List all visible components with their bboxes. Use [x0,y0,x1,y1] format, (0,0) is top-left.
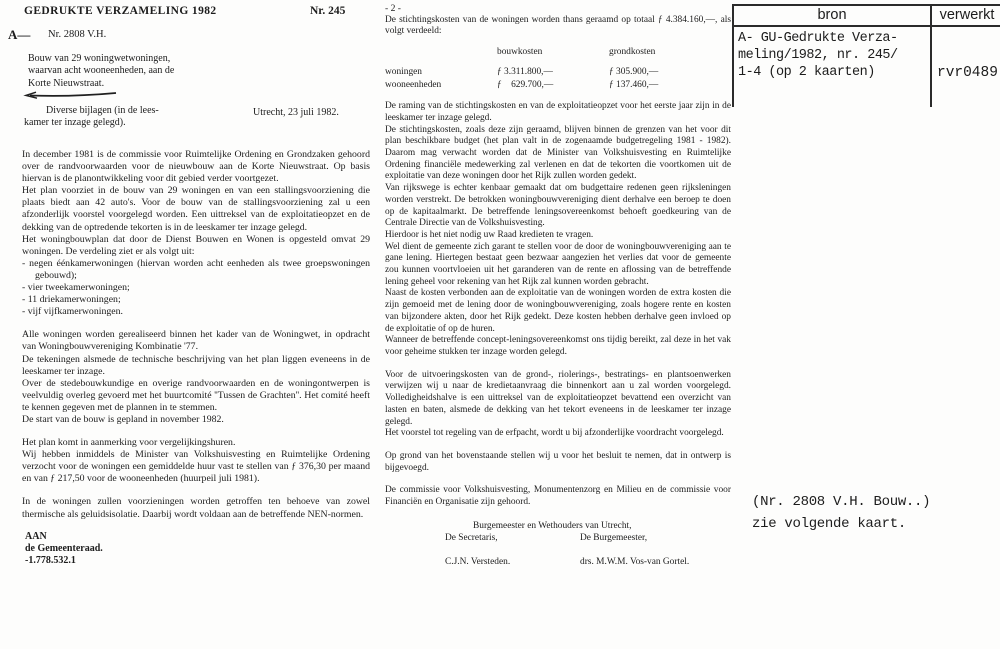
body-paragraph: Voor de uitvoeringskosten van de grond-,… [385,370,731,429]
index-card-body: A- GU-Gedrukte Verza- meling/1982, nr. 2… [734,27,1000,107]
case-number: Nr. 2808 V.H. [48,29,106,40]
body-paragraph: De raming van de stichtingskosten en van… [385,101,731,124]
list-item: - vijf vijfkamerwoningen. [22,306,370,318]
body-paragraph: De tekeningen alsmede de technische besc… [22,354,370,378]
issue-number: Nr. 245 [310,5,345,17]
body-paragraph: Hierdoor is het niet nodig uw Raad kredi… [385,230,731,242]
verwerkt-header: verwerkt [930,6,1000,25]
body-paragraph: De commissie voor Volkshuisvesting, Monu… [385,485,731,508]
card-note: (Nr. 2808 V.H. Bouw..) zie volgende kaar… [752,491,930,535]
bron-value: A- GU-Gedrukte Verza- meling/1982, nr. 2… [734,27,930,107]
signature-role-burgemeester: De Burgemeester, [580,533,647,545]
body-paragraph: Van rijkswege is echter kenbaar gemaakt … [385,183,731,230]
list-item: - negen éénkamerwoningen (hiervan worden… [22,258,370,282]
attachments-note: Diverse bijlagen (in de lees- kamer ter … [24,105,224,130]
bron-header: bron [734,6,930,25]
underline-arrow-icon [22,90,118,100]
subject-block: Bouw van 29 woningwetwoningen, waarvan a… [28,53,268,90]
addressee-block: AAN de Gemeenteraad. -1.778.532.1 [25,531,103,568]
verwerkt-value: rvr0489 [937,65,998,81]
column-header-bouwkosten: bouwkosten [497,47,609,66]
body-paragraph: Wanneer de betreffende concept-leningsov… [385,335,731,358]
page-number: - 2 - [385,3,731,15]
signature-block: Burgemeester en Wethouders van Utrecht, … [385,521,731,593]
verwerkt-cell: rvr0489 [930,27,1000,107]
body-paragraph: Over de stedebouwkundige en overige rand… [22,378,370,414]
list-item: - vier tweekamerwoningen; [22,282,370,294]
body-paragraph: Het voorstel tot regeling van de erfpach… [385,428,731,440]
index-card: bron verwerkt A- GU-Gedrukte Verza- meli… [732,4,1000,107]
woningen-bouwkosten: ƒ 3.311.800,— [497,67,609,79]
cost-table-corner [385,47,497,66]
body-paragraph: De start van de bouw is gepland in novem… [22,414,370,426]
cost-table: bouwkosten grondkosten woningen ƒ 3.311.… [385,47,731,91]
index-card-header: bron verwerkt [734,6,1000,27]
body-paragraph: Op grond van het bovenstaande stellen wi… [385,451,731,474]
woningen-grondkosten: ƒ 305.900,— [609,67,731,79]
aan-label: AAN [25,531,103,543]
signature-name-burgemeester: drs. M.W.M. Vos-van Gortel. [580,557,689,569]
page1-body: In december 1981 is de commissie voor Ru… [22,149,370,521]
dwelling-type-list: - negen éénkamerwoningen (hiervan worden… [22,258,370,318]
body-paragraph: In december 1981 is de commissie voor Ru… [22,149,370,185]
wooneenheden-bouwkosten: ƒ 629.700,— [497,80,609,92]
page2-body: - 2 - De stichtingskosten van de woninge… [385,3,731,593]
list-item: - 11 driekamerwoningen; [22,294,370,306]
body-paragraph: De stichtingskosten, zoals deze zijn ger… [385,125,731,184]
row-label-woningen: woningen [385,67,497,79]
body-paragraph: Naast de kosten verbonden aan de exploit… [385,288,731,335]
signature-name-secretaris: C.J.N. Versteden. [445,557,510,569]
body-paragraph: Het plan komt in aanmerking voor vergeli… [22,437,370,449]
wooneenheden-grondkosten: ƒ 137.460,— [609,80,731,92]
file-code: -1.778.532.1 [25,555,103,567]
dateline: Utrecht, 23 juli 1982. [253,107,339,118]
row-label-wooneenheden: wooneenheden [385,80,497,92]
series-title: GEDRUKTE VERZAMELING 1982 [24,5,217,17]
signature-role-secretaris: De Secretaris, [445,533,498,545]
addressee: de Gemeenteraad. [25,543,103,555]
column-header-grondkosten: grondkosten [609,47,731,66]
body-paragraph: Wij hebben inmiddels de Minister van Vol… [22,449,370,485]
signature-org: Burgemeester en Wethouders van Utrecht, [473,521,631,533]
scanned-document: GEDRUKTE VERZAMELING 1982 Nr. 245 A— Nr.… [0,0,1000,649]
cost-intro: De stichtingskosten van de woningen word… [385,15,731,38]
margin-mark: A— [8,27,30,43]
body-paragraph: Alle woningen worden gerealiseerd binnen… [22,329,370,353]
body-paragraph: Het plan voorziet in de bouw van 29 woni… [22,185,370,233]
body-paragraph: Wel dient de gemeente zich garant te ste… [385,242,731,289]
body-paragraph: In de woningen zullen voorzieningen word… [22,496,370,520]
body-paragraph: Het woningbouwplan dat door de Dienst Bo… [22,234,370,258]
